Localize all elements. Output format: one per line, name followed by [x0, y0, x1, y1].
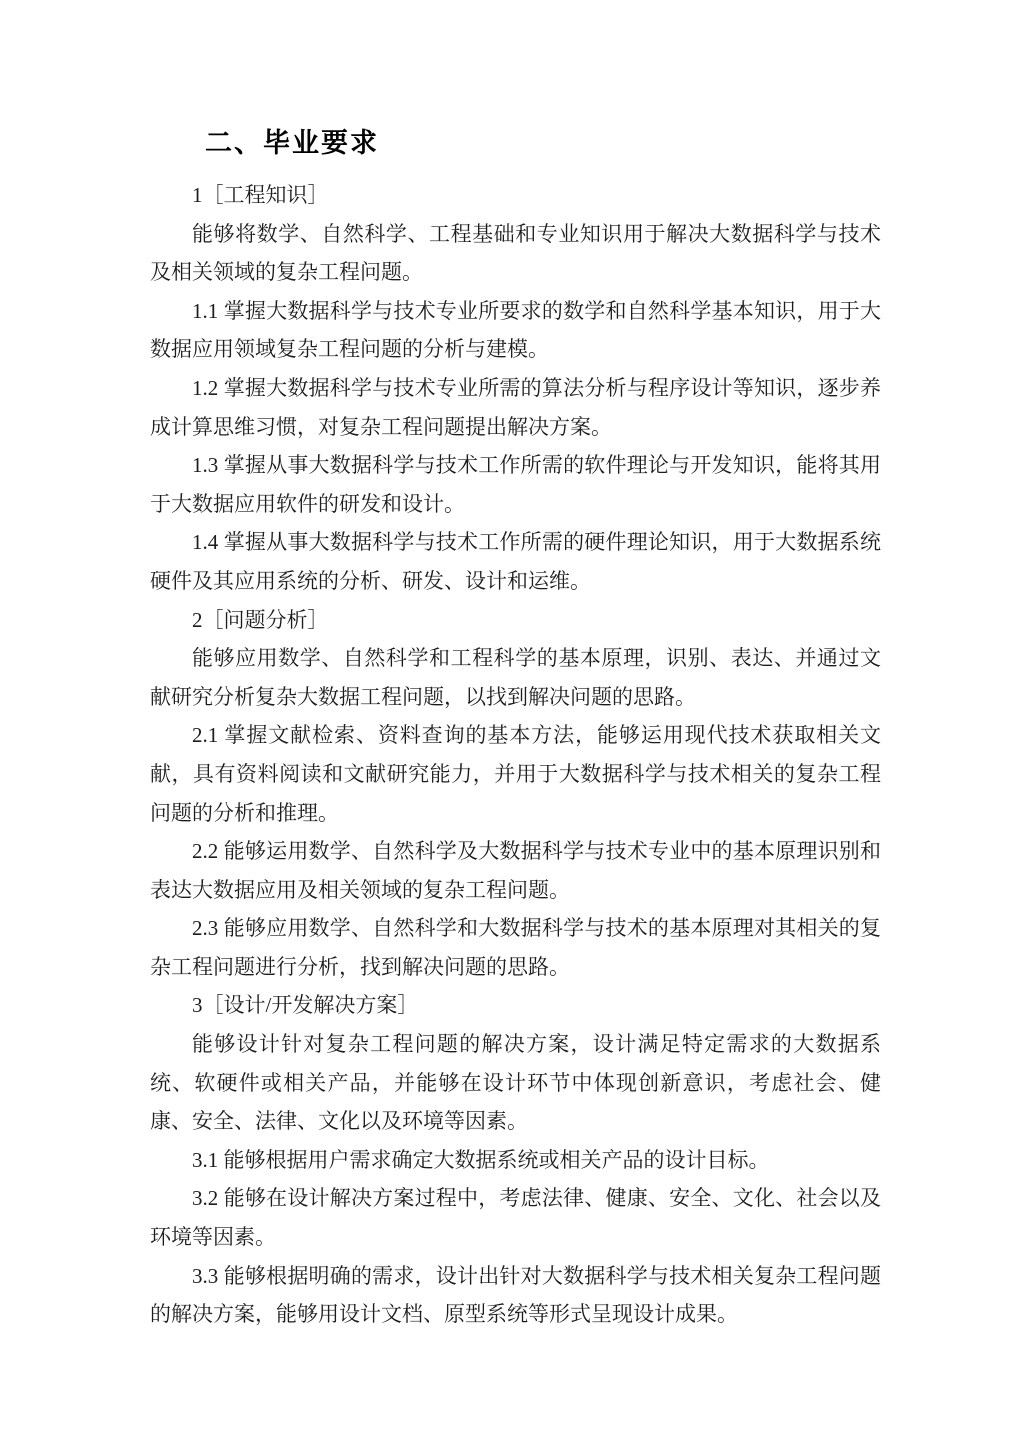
requirement-1-description: 能够将数学、自然科学、工程基础和专业知识用于解决大数据科学与技术及相关领域的复杂… [150, 215, 881, 292]
requirement-2-2: 2.2 能够运用数学、自然科学及大数据科学与技术专业中的基本原理识别和表达大数据… [150, 832, 881, 909]
requirement-2-label: 2［问题分析］ [150, 601, 881, 640]
requirement-3-description: 能够设计针对复杂工程问题的解决方案，设计满足特定需求的大数据系统、软硬件或相关产… [150, 1025, 881, 1141]
requirement-3-1: 3.1 能够根据用户需求确定大数据系统或相关产品的设计目标。 [150, 1141, 881, 1180]
requirement-1-3: 1.3 掌握从事大数据科学与技术工作所需的软件理论与开发知识，能将其用于大数据应… [150, 446, 881, 523]
requirement-2-1: 2.1 掌握文献检索、资料查询的基本方法，能够运用现代技术获取相关文献，具有资料… [150, 716, 881, 832]
requirement-2-3: 2.3 能够应用数学、自然科学和大数据科学与技术的基本原理对其相关的复杂工程问题… [150, 909, 881, 986]
requirement-3-2: 3.2 能够在设计解决方案过程中，考虑法律、健康、安全、文化、社会以及环境等因素… [150, 1179, 881, 1256]
section-heading: 二、毕业要求 [205, 126, 881, 160]
requirement-2-description: 能够应用数学、自然科学和工程科学的基本原理，识别、表达、并通过文献研究分析复杂大… [150, 639, 881, 716]
requirement-1-4: 1.4 掌握从事大数据科学与技术工作所需的硬件理论知识，用于大数据系统硬件及其应… [150, 523, 881, 600]
requirement-1-2: 1.2 掌握大数据科学与技术专业所需的算法分析与程序设计等知识，逐步养成计算思维… [150, 369, 881, 446]
requirement-1-label: 1［工程知识］ [150, 176, 881, 215]
requirement-1-1: 1.1 掌握大数据科学与技术专业所要求的数学和自然科学基本知识，用于大数据应用领… [150, 292, 881, 369]
requirement-3-label: 3［设计/开发解决方案］ [150, 986, 881, 1025]
requirement-3-3: 3.3 能够根据明确的需求，设计出针对大数据科学与技术相关复杂工程问题的解决方案… [150, 1257, 881, 1334]
document-page: 二、毕业要求 1［工程知识］ 能够将数学、自然科学、工程基础和专业知识用于解决大… [0, 0, 1024, 1447]
